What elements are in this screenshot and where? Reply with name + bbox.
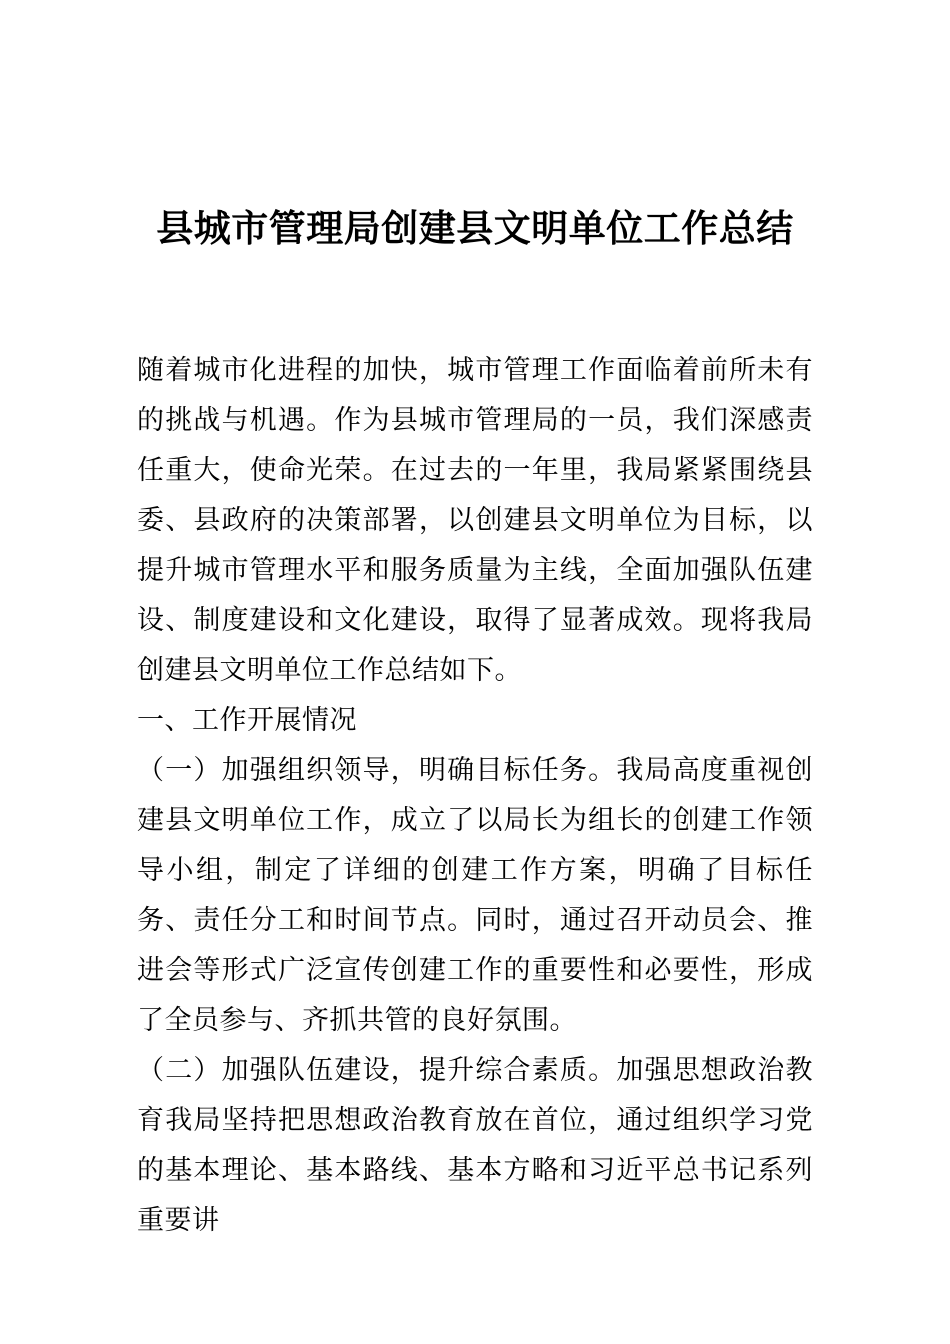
document-title: 县城市管理局创建县文明单位工作总结 <box>137 206 813 252</box>
document-body: 随着城市化进程的加快，城市管理工作面临着前所未有的挑战与机遇。作为县城市管理局的… <box>137 345 813 1245</box>
paragraph-subsection-2: （二）加强队伍建设，提升综合素质。加强思想政治教育我局坚持把思想政治教育放在首位… <box>137 1045 813 1245</box>
paragraph-subsection-1: （一）加强组织领导，明确目标任务。我局高度重视创建县文明单位工作，成立了以局长为… <box>137 745 813 1045</box>
document-page: 县城市管理局创建县文明单位工作总结 随着城市化进程的加快，城市管理工作面临着前所… <box>0 0 950 1344</box>
paragraph-intro: 随着城市化进程的加快，城市管理工作面临着前所未有的挑战与机遇。作为县城市管理局的… <box>137 345 813 695</box>
section-heading-work-progress: 一、工作开展情况 <box>137 695 813 745</box>
